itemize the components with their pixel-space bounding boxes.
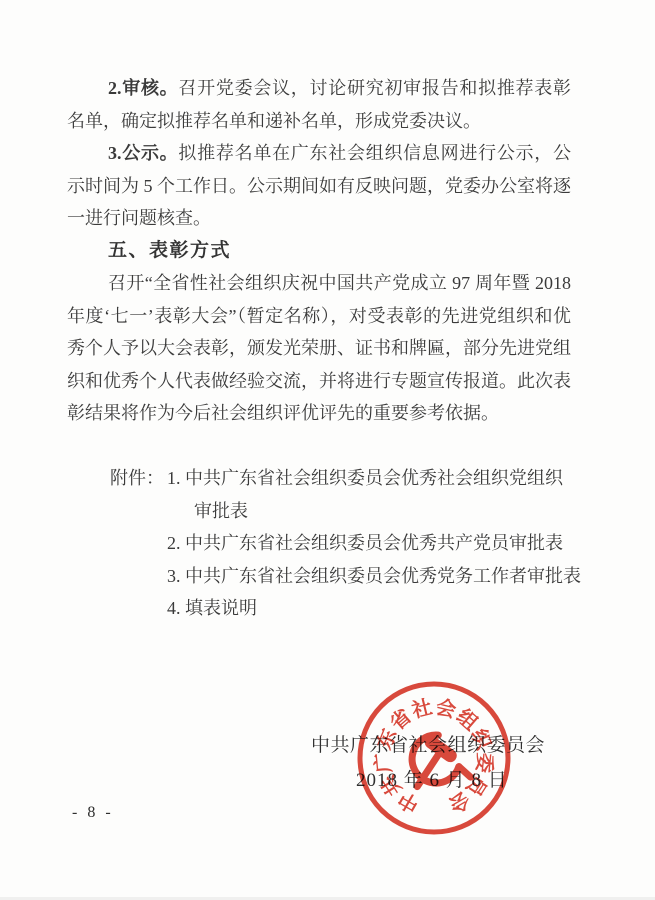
paragraph-gongshi: 3.公示。拟推荐名单在广东社会组织信息网进行公示，公示时间为 5 个工作日。公示… bbox=[67, 137, 571, 235]
svg-text:广: 广 bbox=[370, 752, 396, 774]
attachment-item-3: 3. 中共广东省社会组织委员会优秀党务工作者审批表 bbox=[167, 560, 581, 593]
attachments-list: 1. 中共广东省社会组织委员会优秀社会组织党组织 审批表 2. 中共广东省社会组… bbox=[167, 462, 581, 625]
attachment-item-4: 4. 填表说明 bbox=[167, 592, 581, 625]
paragraph-shenhe-lead: 2.审核。 bbox=[108, 78, 178, 98]
page-number: - 8 - bbox=[72, 804, 114, 822]
attachments-block: 附件： 1. 中共广东省社会组织委员会优秀社会组织党组织 审批表 2. 中共广东… bbox=[110, 462, 581, 625]
official-seal: 中共广东省社会组织委员会 bbox=[353, 680, 515, 836]
paragraph-gongshi-lead: 3.公示。 bbox=[108, 143, 178, 163]
paragraph-shenhe: 2.审核。召开党委会议，讨论研究初审报告和拟推荐表彰名单，确定拟推荐名单和递补名… bbox=[67, 72, 571, 137]
svg-text:委: 委 bbox=[472, 752, 497, 774]
paragraph-biaozhang: 召开“全省性社会组织庆祝中国共产党成立 97 周年暨 2018 年度‘七一’表彰… bbox=[67, 267, 571, 430]
hammer-sickle-icon bbox=[409, 731, 471, 787]
attachment-item-1: 1. 中共广东省社会组织委员会优秀社会组织党组织 bbox=[167, 462, 581, 495]
attachment-item-1-continuation: 审批表 bbox=[167, 495, 581, 528]
attachments-label: 附件： bbox=[110, 462, 164, 495]
attachment-item-2: 2. 中共广东省社会组织委员会优秀共产党员审批表 bbox=[167, 527, 581, 560]
section-heading: 五、表彰方式 bbox=[67, 235, 571, 268]
document-page: 2.审核。召开党委会议，讨论研究初审报告和拟推荐表彰名单，确定拟推荐名单和递补名… bbox=[0, 0, 655, 900]
document-body: 2.审核。召开党委会议，讨论研究初审报告和拟推荐表彰名单，确定拟推荐名单和递补名… bbox=[67, 72, 571, 430]
